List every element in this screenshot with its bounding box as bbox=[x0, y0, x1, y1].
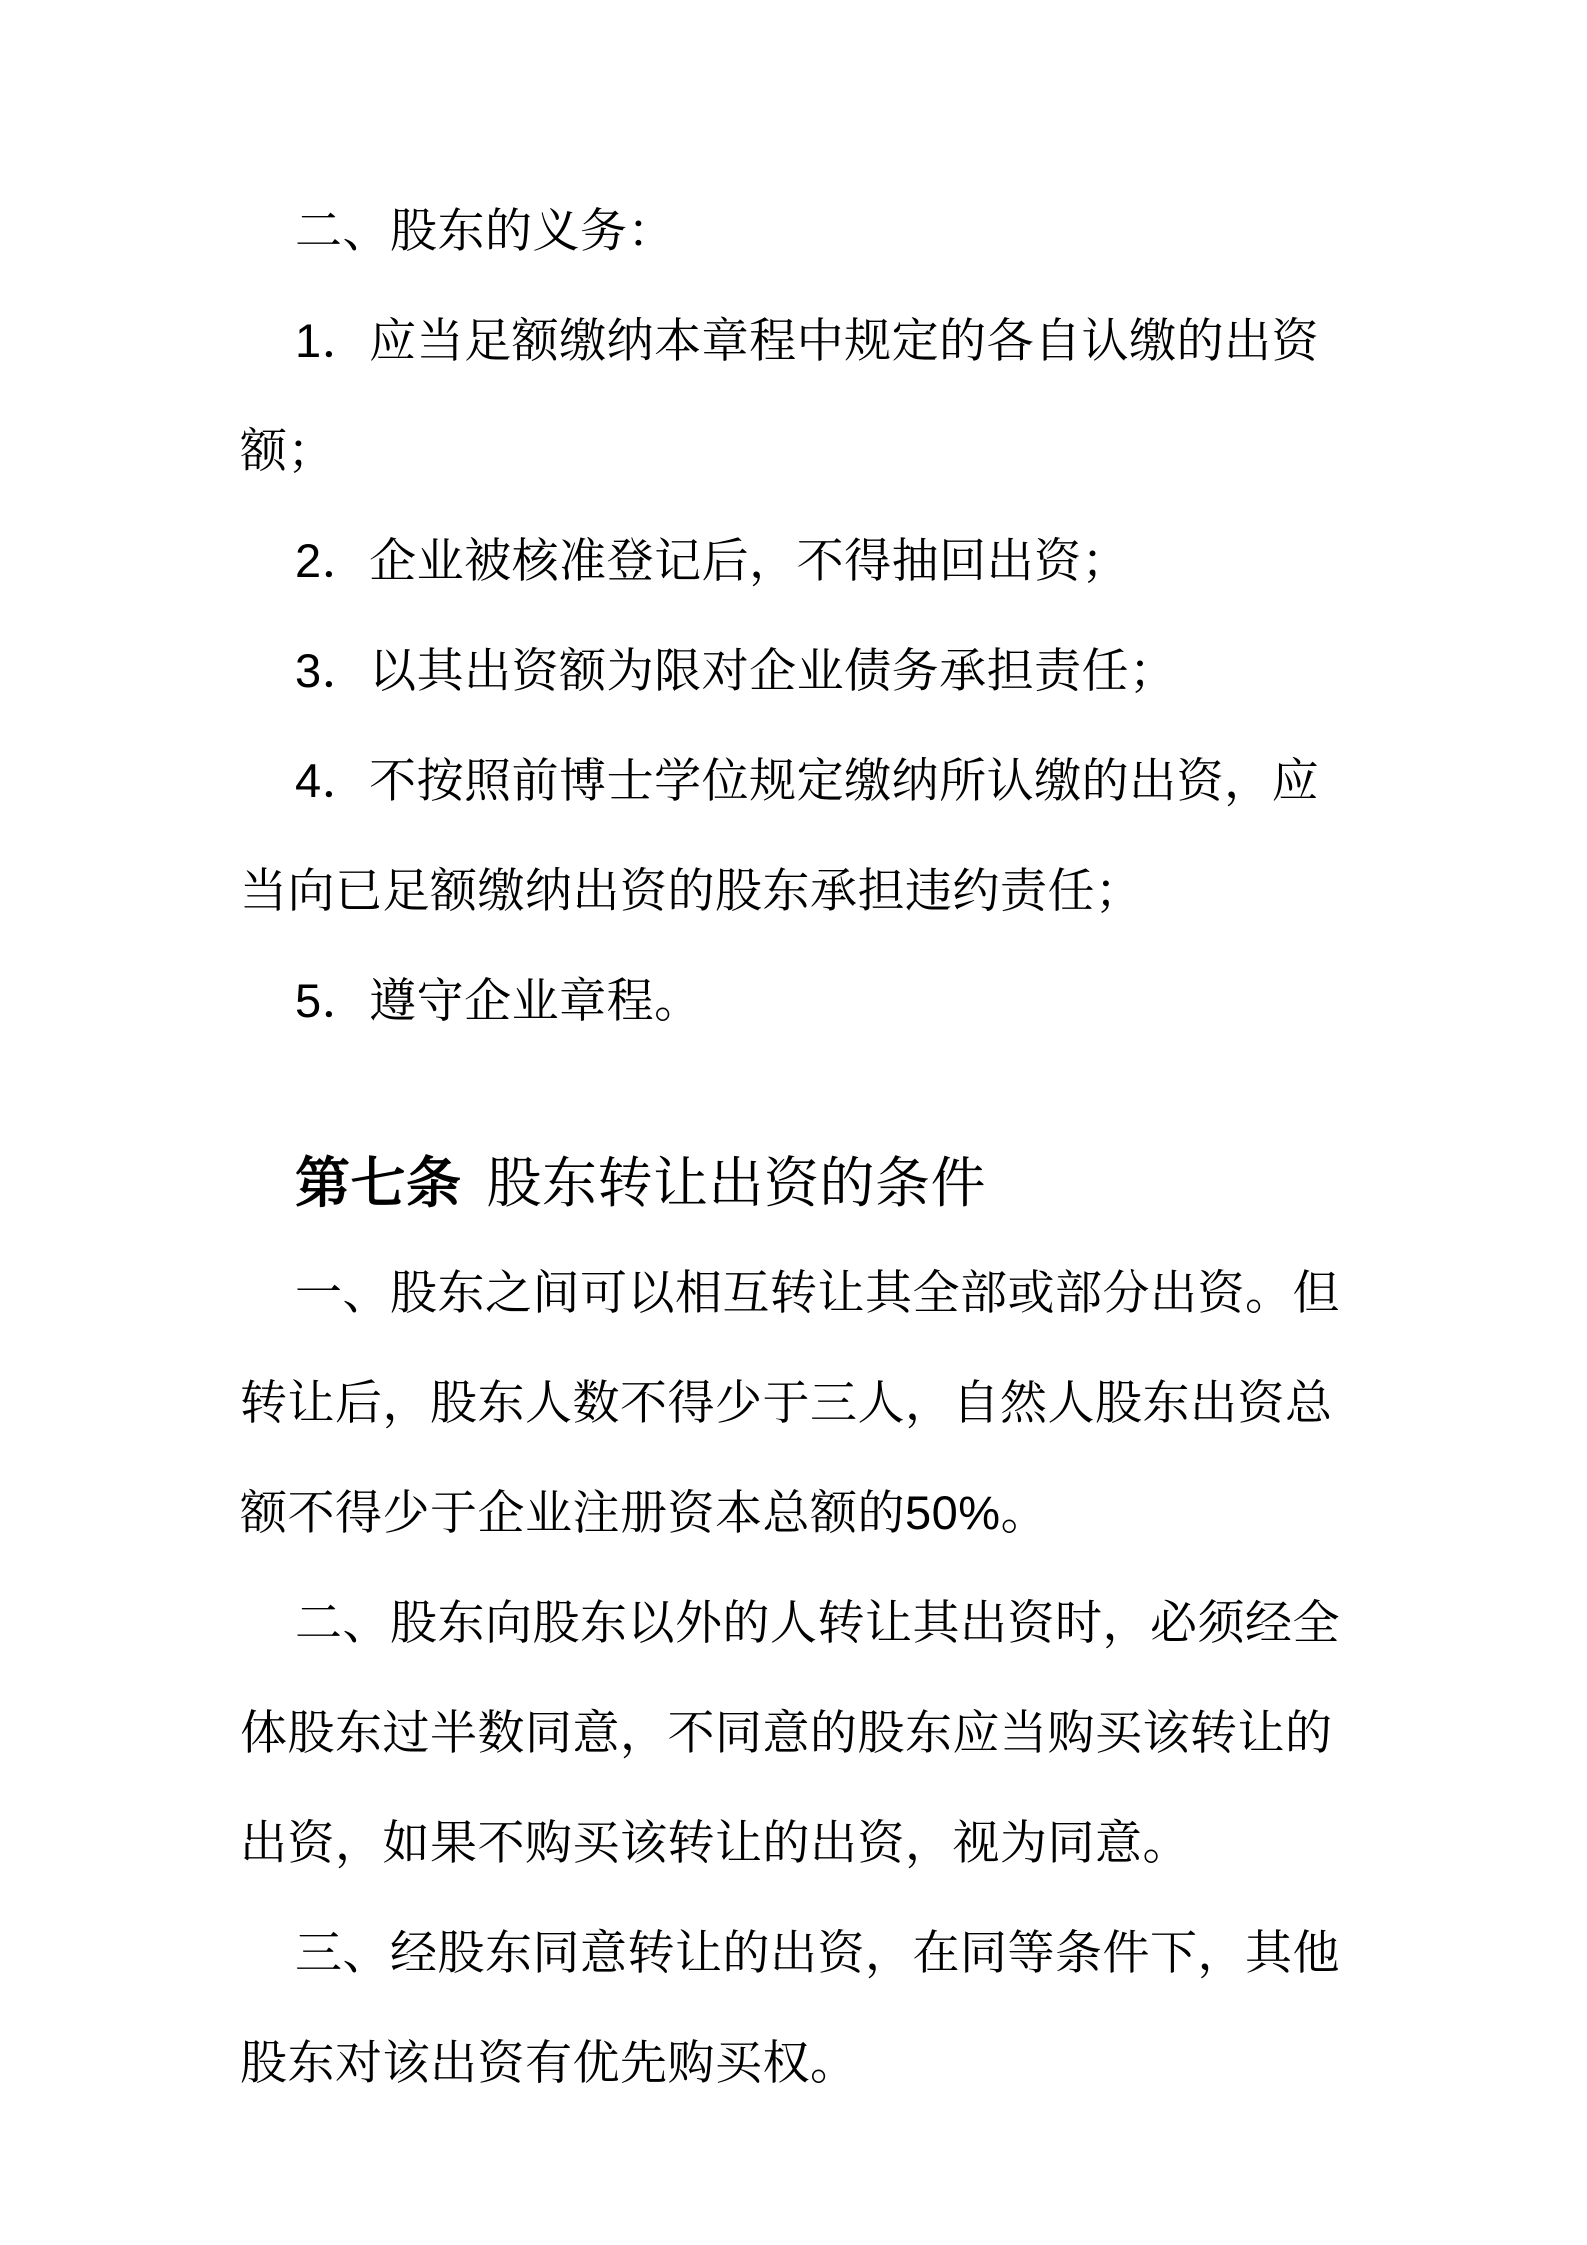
obligations-intro: 二、股东的义务： bbox=[240, 176, 1350, 286]
article7-heading: 第七条股东转让出资的条件 bbox=[240, 1128, 1350, 1238]
document-content: 二、股东的义务： 1．应当足额缴纳本章程中规定的各自认缴的出资额； 2．企业被核… bbox=[240, 176, 1350, 2118]
obligation-item-5: 5．遵守企业章程。 bbox=[240, 946, 1350, 1056]
article7-title: 股东转让出资的条件 bbox=[487, 1152, 987, 1214]
document-page: 二、股东的义务： 1．应当足额缴纳本章程中规定的各自认缴的出资额； 2．企业被核… bbox=[0, 0, 1587, 2245]
obligation-item-4: 4．不按照前博士学位规定缴纳所认缴的出资，应当向已足额缴纳出资的股东承担违约责任… bbox=[240, 726, 1350, 946]
article7-clause-3: 三、经股东同意转让的出资，在同等条件下，其他股东对该出资有优先购买权。 bbox=[240, 1898, 1350, 2118]
obligation-item-2: 2．企业被核准登记后，不得抽回出资； bbox=[240, 506, 1350, 616]
obligation-item-1: 1．应当足额缴纳本章程中规定的各自认缴的出资额； bbox=[240, 286, 1350, 506]
article7-number: 第七条 bbox=[295, 1152, 462, 1214]
article7-clause-2: 二、股东向股东以外的人转让其出资时，必须经全体股东过半数同意，不同意的股东应当购… bbox=[240, 1568, 1350, 1898]
article7-clause-1: 一、股东之间可以相互转让其全部或部分出资。但转让后，股东人数不得少于三人，自然人… bbox=[240, 1238, 1350, 1568]
obligation-item-3: 3．以其出资额为限对企业债务承担责任； bbox=[240, 616, 1350, 726]
